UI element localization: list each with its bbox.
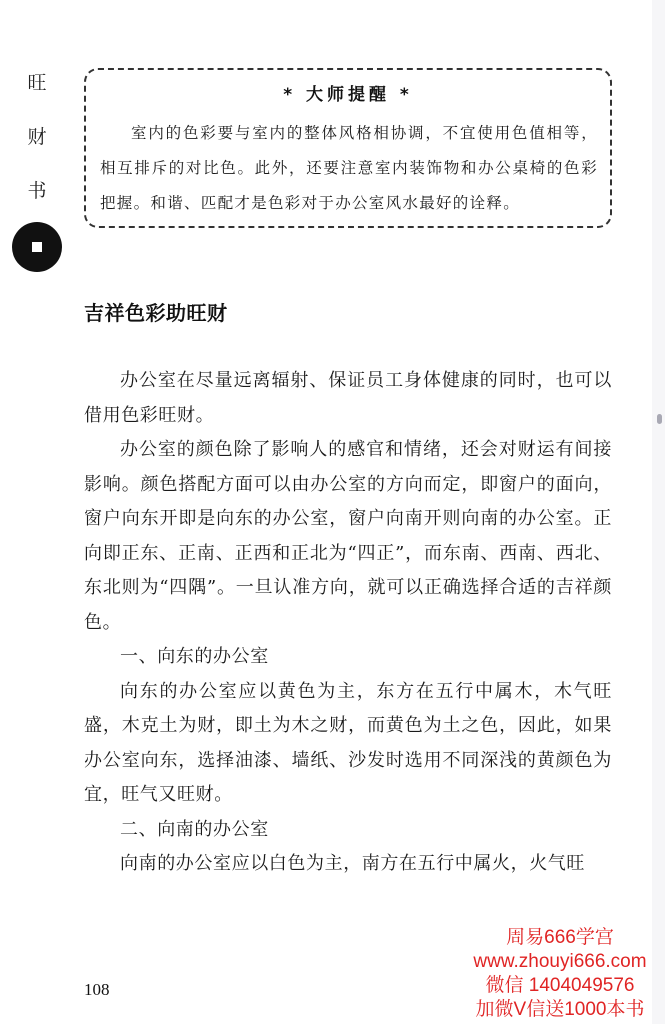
watermark-line: www.zhouyi666.com xyxy=(455,950,665,974)
watermark-line: 加微V信送1000本书 xyxy=(455,998,665,1022)
tip-title: * 大师提醒 * xyxy=(86,80,610,105)
paragraph: 向东的办公室应以黄色为主，东方在五行中属木，木气旺盛，木克土为财，即土为木之财，… xyxy=(84,675,612,813)
viewer-scroll-track[interactable] xyxy=(652,0,665,1024)
paragraph: 向南的办公室应以白色为主，南方在五行中属火，火气旺 xyxy=(84,847,612,882)
side-title-char: 旺 xyxy=(22,68,52,122)
watermark-line: 周易666学宫 xyxy=(455,926,665,950)
coin-icon xyxy=(12,222,62,272)
watermark-line: 微信 1404049576 xyxy=(455,974,665,998)
subheading: 二、向南的办公室 xyxy=(84,813,612,848)
body-text: 办公室在尽量远离辐射、保证员工身体健康的同时，也可以借用色彩旺财。 办公室的颜色… xyxy=(84,364,612,882)
scrollbar-thumb[interactable] xyxy=(657,414,662,424)
page-number: 108 xyxy=(84,980,110,1000)
section-heading: 吉祥色彩助旺财 xyxy=(84,297,228,326)
side-book-title: 旺 财 书 xyxy=(22,68,52,230)
subheading: 一、向东的办公室 xyxy=(84,640,612,675)
paragraph: 办公室的颜色除了影响人的感官和情绪，还会对财运有间接影响。颜色搭配方面可以由办公… xyxy=(84,433,612,640)
side-title-char: 财 xyxy=(22,122,52,176)
paragraph: 办公室在尽量远离辐射、保证员工身体健康的同时，也可以借用色彩旺财。 xyxy=(84,364,612,433)
watermark: 周易666学宫 www.zhouyi666.com 微信 1404049576 … xyxy=(455,926,665,1022)
tip-body: 室内的色彩要与室内的整体风格相协调，不宜使用色值相等，相互排斥的对比色。此外，还… xyxy=(100,116,598,221)
master-tip-box: * 大师提醒 * 室内的色彩要与室内的整体风格相协调，不宜使用色值相等，相互排斥… xyxy=(84,68,612,228)
